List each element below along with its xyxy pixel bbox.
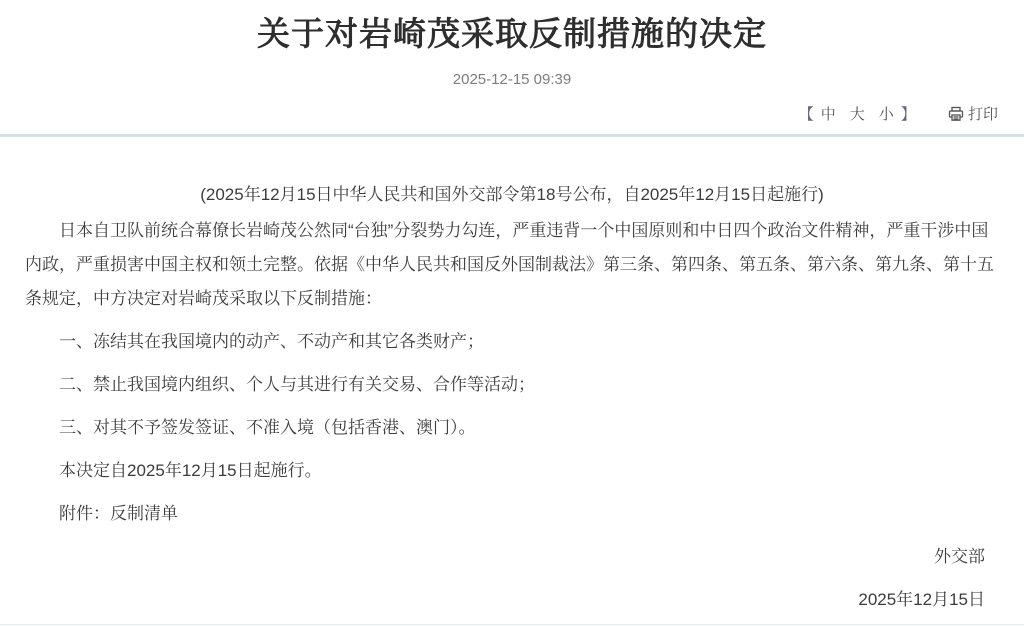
signature-date: 2025年12月15日 <box>25 583 999 617</box>
publish-datetime: 2025-12-15 09:39 <box>0 70 1024 90</box>
print-button-label: 打印 <box>968 106 998 123</box>
article-toolbar: 【中大小】 打印 <box>0 105 1024 125</box>
measure-item-3: 三、对其不予签发签证、不准入境（包括香港、澳门）。 <box>25 411 999 445</box>
measure-item-2: 二、禁止我国境内组织、个人与其进行有关交易、合作等活动； <box>25 368 999 402</box>
article-body: (2025年12月15日中华人民共和国外交部令第18号公布，自2025年12月1… <box>0 137 1024 617</box>
fontsize-small-button[interactable]: 小 <box>879 105 894 125</box>
fontsize-bracket-open: 【 <box>799 106 814 123</box>
signature-org: 外交部 <box>25 540 999 574</box>
printer-icon <box>948 106 968 123</box>
fontsize-bracket-close: 】 <box>901 106 916 123</box>
attachment-line: 附件：反制清单 <box>25 497 999 531</box>
main-paragraph: 日本自卫队前统合幕僚长岩崎茂公然同“台独”分裂势力勾连，严重违背一个中国原则和中… <box>25 214 999 316</box>
document-header: 关于对岩崎茂采取反制措施的决定 2025-12-15 09:39 【中大小】 打… <box>0 0 1024 125</box>
page-title: 关于对岩崎茂采取反制措施的决定 <box>0 10 1024 58</box>
print-button[interactable]: 打印 <box>948 105 998 125</box>
fontsize-large-button[interactable]: 大 <box>850 105 865 125</box>
fontsize-medium-button[interactable]: 中 <box>821 105 836 125</box>
measure-item-1: 一、冻结其在我国境内的动产、不动产和其它各类财产； <box>25 325 999 359</box>
bottom-divider <box>0 624 1024 625</box>
decree-line: (2025年12月15日中华人民共和国外交部令第18号公布，自2025年12月1… <box>25 178 999 212</box>
effective-line: 本决定自2025年12月15日起施行。 <box>25 454 999 488</box>
